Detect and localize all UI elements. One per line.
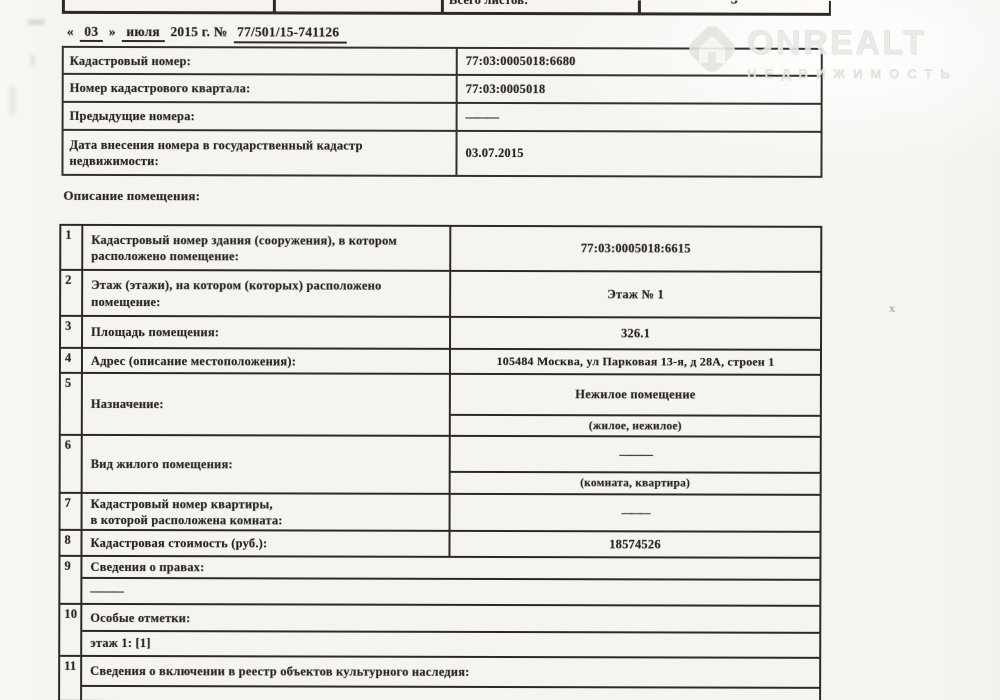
day-value: 03 bbox=[79, 24, 103, 42]
row-value: 18574526 bbox=[448, 532, 819, 557]
table-row: Номер кадастрового квартала: 77:03:00050… bbox=[64, 75, 821, 105]
row-label: Кадастровая стоимость (руб.): bbox=[82, 531, 448, 556]
row-value-dash: ——— bbox=[82, 579, 819, 605]
scan-smudge bbox=[28, 20, 45, 25]
row-number: 5 bbox=[61, 374, 83, 434]
row-wide-cell: Сведения о включении в реестр объектов к… bbox=[82, 657, 819, 700]
row-value-cell: Нежилое помещение (жилое, нежилое) bbox=[449, 375, 820, 436]
row-label: Кадастровый номер: bbox=[64, 48, 456, 74]
scan-smudge bbox=[10, 87, 16, 115]
row-value: Нежилое помещение bbox=[451, 375, 820, 415]
row-label: Предыдущие номера: bbox=[64, 103, 456, 130]
row-value-dash: ——— bbox=[449, 495, 820, 531]
scan-smudge bbox=[31, 55, 35, 66]
row-number: 4 bbox=[61, 349, 83, 372]
table-border bbox=[273, 0, 276, 11]
room-description-table: 1 Кадастровый номер здания (сооружения),… bbox=[58, 224, 822, 700]
table-row: 11 Сведения о включении в реестр объекто… bbox=[60, 657, 819, 700]
row-value-cell: ——— (комната, квартира) bbox=[449, 437, 820, 494]
total-sheets-label: Всего листов: bbox=[449, 0, 529, 8]
table-row: 9 Сведения о правах: ——— bbox=[60, 557, 819, 607]
row-number: 6 bbox=[61, 436, 83, 492]
table-row: 4 Адрес (описание местоположения): 10548… bbox=[61, 349, 820, 376]
row-value: 77:03:0005018:6615 bbox=[449, 227, 820, 271]
close-quote: » bbox=[109, 24, 116, 40]
row-label: Сведения о включении в реестр объектов к… bbox=[82, 657, 819, 689]
row-number: 10 bbox=[60, 605, 82, 655]
row-number: 7 bbox=[61, 494, 83, 529]
row-number: 3 bbox=[61, 317, 83, 347]
table-row: 8 Кадастровая стоимость (руб.): 18574526 bbox=[60, 531, 819, 559]
table-row: Предыдущие номера: ——— bbox=[64, 103, 821, 133]
row-value: 77:03:0005018:6680 bbox=[456, 49, 821, 75]
row-value-note: (комната, квартира) bbox=[451, 471, 820, 494]
document-date-line: « 03 » июля 2015 г. № 77/501/15-741126 bbox=[67, 24, 348, 44]
row-value-dash: ——— bbox=[451, 437, 820, 472]
table-row: 3 Площадь помещения: 326.1 bbox=[61, 317, 820, 351]
row-value: Этаж № 1 bbox=[449, 272, 820, 317]
row-value-note: (жилое, нежилое) bbox=[451, 414, 820, 436]
row-wide-cell: Сведения о правах: ——— bbox=[82, 557, 819, 605]
table-row: 5 Назначение: Нежилое помещение (жилое, … bbox=[61, 374, 820, 438]
table-row: 7 Кадастровый номер квартиры, в которой … bbox=[61, 494, 820, 533]
year-part: 2015 г. № bbox=[170, 24, 227, 40]
table-border bbox=[441, 0, 444, 12]
row-value: 326.1 bbox=[449, 318, 820, 349]
row-label: Сведения о правах: bbox=[82, 557, 819, 581]
row-value: 77:03:0005018 bbox=[456, 76, 821, 103]
row-value: 105484 Москва, ул Парковая 13-я, д 28А, … bbox=[449, 350, 820, 374]
row-number: 8 bbox=[60, 531, 82, 555]
open-quote: « bbox=[67, 24, 74, 40]
table-row: Дата внесения номера в государственный к… bbox=[63, 131, 820, 176]
top-clipped-table-row: Всего листов: 3 bbox=[62, 0, 831, 16]
row-label: Кадастровый номер здания (сооружения), в… bbox=[83, 226, 449, 270]
row-label: Дата внесения номера в государственный к… bbox=[63, 131, 455, 175]
row-label: Назначение: bbox=[83, 374, 449, 435]
cadastral-header-table: Кадастровый номер: 77:03:0005018:6680 Но… bbox=[61, 46, 822, 178]
row-value: этаж 1: [1] bbox=[82, 632, 819, 657]
row-number: 1 bbox=[61, 226, 83, 269]
total-sheets-value: 3 bbox=[638, 0, 831, 9]
document-number: 77/501/15-741126 bbox=[234, 24, 347, 43]
row-value-dash: ——— bbox=[456, 104, 821, 131]
row-value: 03.07.2015 bbox=[455, 132, 820, 176]
scanned-cadastral-document-page: Всего листов: 3 « 03 » июля 2015 г. № 77… bbox=[0, 0, 1000, 700]
scan-pen-mark: x bbox=[889, 301, 895, 316]
month-value: июля bbox=[121, 24, 164, 42]
table-row: 2 Этаж (этажи), на котором (которых) рас… bbox=[61, 271, 820, 319]
row-number: 11 bbox=[60, 657, 82, 700]
row-label: Кадастровый номер квартиры, в которой ра… bbox=[83, 494, 449, 530]
row-label: Адрес (описание местоположения): bbox=[83, 349, 449, 373]
row-number: 9 bbox=[60, 557, 82, 603]
section-caption: Описание помещения: bbox=[63, 188, 200, 204]
table-border bbox=[62, 0, 65, 11]
table-row: 6 Вид жилого помещения: ——— (комната, кв… bbox=[61, 436, 820, 496]
row-number: 2 bbox=[61, 271, 83, 315]
document-scan-area: Всего листов: 3 « 03 » июля 2015 г. № 77… bbox=[0, 0, 1000, 700]
row-label: Номер кадастрового квартала: bbox=[64, 75, 456, 102]
row-label: Площадь помещения: bbox=[83, 317, 449, 348]
row-label: Особые отметки: bbox=[82, 605, 819, 634]
table-row: 10 Особые отметки: этаж 1: [1] bbox=[60, 605, 819, 659]
row-value bbox=[82, 687, 819, 700]
row-label: Этаж (этажи), на котором (которых) распо… bbox=[83, 271, 449, 316]
table-row: Кадастровый номер: 77:03:0005018:6680 bbox=[64, 48, 821, 77]
table-row: 1 Кадастровый номер здания (сооружения),… bbox=[61, 226, 820, 273]
row-label: Вид жилого помещения: bbox=[83, 436, 449, 493]
row-wide-cell: Особые отметки: этаж 1: [1] bbox=[82, 605, 819, 657]
